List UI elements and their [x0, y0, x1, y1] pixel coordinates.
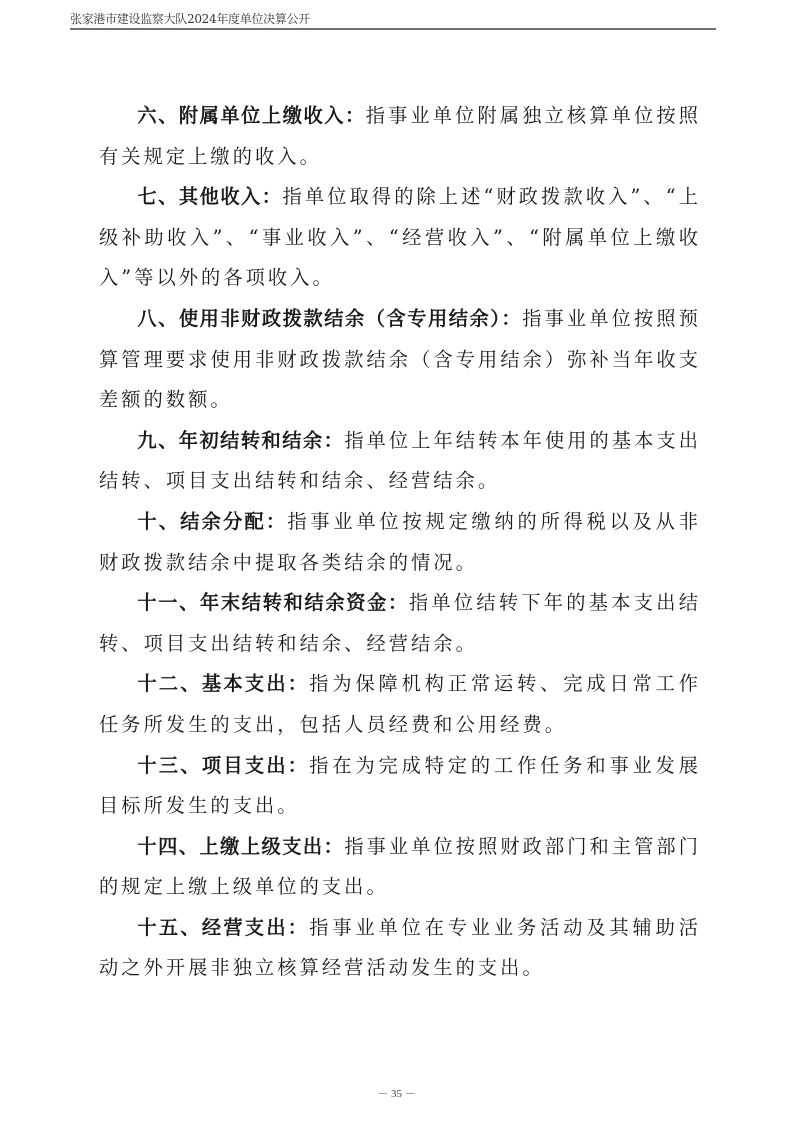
definition-term: 十一、年末结转和结余资金：: [137, 591, 409, 614]
definition-term: 十、结余分配：: [137, 510, 287, 533]
definition-term: 七、其他收入：: [137, 185, 282, 208]
definition-term: 十四、上缴上级支出：: [137, 835, 344, 858]
definition-term: 十二、基本支出：: [137, 672, 309, 695]
definition-paragraph-10: 十、结余分配：指事业单位按规定缴纳的所得税以及从非财政拨款结余中提取各类结余的情…: [99, 502, 701, 583]
definition-term: 十五、经营支出：: [137, 916, 309, 939]
definition-term: 八、使用非财政拨款结余（含专用结余）：: [137, 307, 522, 330]
page-number: － 35 －: [0, 1085, 793, 1101]
definition-paragraph-7: 七、其他收入：指单位取得的除上述“财政拨款收入”、“上级补助收入”、“事业收入”…: [99, 177, 701, 299]
definition-term: 十三、项目支出：: [137, 754, 309, 777]
definition-paragraph-8: 八、使用非财政拨款结余（含专用结余）：指事业单位按照预算管理要求使用非财政拨款结…: [99, 299, 701, 421]
definition-paragraph-9: 九、年初结转和结余：指单位上年结转本年使用的基本支出结转、项目支出结转和结余、经…: [99, 421, 701, 502]
definition-paragraph-15: 十五、经营支出：指事业单位在专业业务活动及其辅助活动之外开展非独立核算经营活动发…: [99, 908, 701, 989]
page-header-title: 张家港市建设监察大队2024年度单位决算公开: [70, 10, 716, 28]
definition-paragraph-14: 十四、上缴上级支出：指事业单位按照财政部门和主管部门的规定上缴上级单位的支出。: [99, 827, 701, 908]
document-body: 六、附属单位上缴收入：指事业单位附属独立核算单位按照有关规定上缴的收入。 七、其…: [99, 96, 701, 989]
definition-term: 九、年初结转和结余：: [137, 429, 344, 452]
definition-paragraph-11: 十一、年末结转和结余资金：指单位结转下年的基本支出结转、项目支出结转和结余、经营…: [99, 583, 701, 664]
header-divider: [70, 28, 716, 30]
definition-term: 六、附属单位上缴收入：: [137, 104, 365, 127]
definition-paragraph-13: 十三、项目支出：指在为完成特定的工作任务和事业发展目标所发生的支出。: [99, 746, 701, 827]
definition-paragraph-12: 十二、基本支出：指为保障机构正常运转、完成日常工作任务所发生的支出，包括人员经费…: [99, 664, 701, 745]
definition-paragraph-6: 六、附属单位上缴收入：指事业单位附属独立核算单位按照有关规定上缴的收入。: [99, 96, 701, 177]
